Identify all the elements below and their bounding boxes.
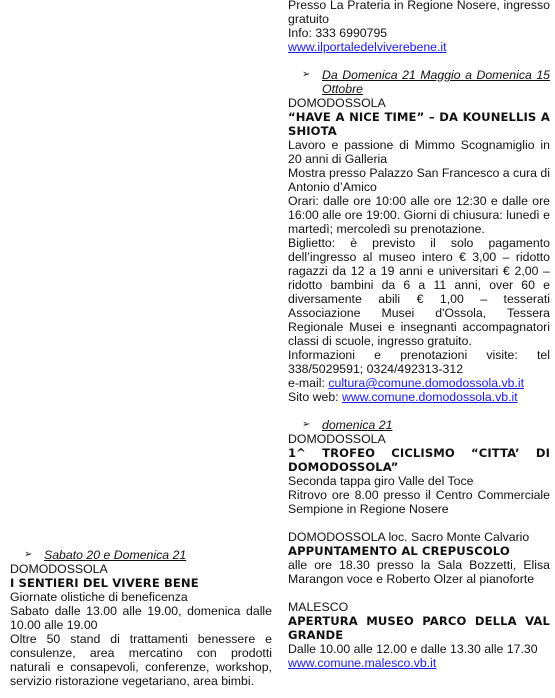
event-kounellis-date: ➢ Da Domenica 21 Maggio a Domenica 15 Ot…: [288, 68, 550, 96]
event-kounellis-info: Informazioni e prenotazioni visite: tel …: [288, 348, 550, 376]
event-ciclismo-line1: Seconda tappa giro Valle del Toce: [288, 474, 550, 488]
event-sentieri-title: I SENTIERI DEL VIVERE BENE: [10, 576, 272, 590]
event-ciclismo-title: 1^ TROFEO CICLISMO “CITTA’ DI DOMODOSSOL…: [288, 446, 550, 474]
right-column: Presso La Prateria in Regione Nosere, in…: [288, 0, 550, 670]
intro-location: Presso La Prateria in Regione Nosere, in…: [288, 0, 550, 26]
museo-link[interactable]: www.comune.malesco.vb.it: [288, 656, 436, 670]
intro-link[interactable]: www.ilportaledelviverebene.it: [288, 40, 447, 54]
event-crepuscolo-place: DOMODOSSOLA loc. Sacro Monte Calvario: [288, 530, 550, 544]
event-kounellis-title: “HAVE A NICE TIME” – DA KOUNELLIS A SHIO…: [288, 110, 550, 138]
website-link[interactable]: www.comune.domodossola.vb.it: [342, 390, 518, 404]
event-crepuscolo-title: APPUNTAMENTO AL CREPUSCOLO: [288, 544, 550, 558]
bullet-arrow-icon: ➢: [24, 548, 32, 562]
event-ciclismo-line2: Ritrovo ore 8.00 presso il Centro Commer…: [288, 488, 550, 516]
event-museo-title: APERTURA MUSEO PARCO DELLA VAL GRANDE: [288, 614, 550, 642]
event-sentieri-desc: Oltre 50 stand di trattamenti benessere …: [10, 632, 272, 688]
event-kounellis-subtitle: Lavoro e passione di Mimmo Scognamiglio …: [288, 138, 550, 166]
event-sentieri-place: DOMODOSSOLA: [10, 562, 272, 576]
bullet-arrow-icon: ➢: [302, 68, 310, 82]
event-crepuscolo-desc: alle ore 18.30 presso la Sala Bozzetti, …: [288, 558, 550, 586]
event-kounellis-hours: Orari: dalle ore 10:00 alle ore 12:30 e …: [288, 194, 550, 236]
event-ciclismo-place: DOMODOSSOLA: [288, 432, 550, 446]
event-museo-place: MALESCO: [288, 600, 550, 614]
event-kounellis-web-line: Sito web: www.comune.domodossola.vb.it: [288, 390, 550, 404]
event-museo-hours: Dalle 10.00 alle 12.00 e dalle 13.30 all…: [288, 642, 550, 656]
event-sentieri-line1: Giornate olistiche di beneficenza: [10, 590, 272, 604]
event-kounellis-place: DOMODOSSOLA: [288, 96, 550, 110]
left-column: ➢ Sabato 20 e Domenica 21 DOMODOSSOLA I …: [10, 548, 272, 688]
email-link[interactable]: cultura@comune.domodossola.vb.it: [328, 376, 524, 390]
event-kounellis-email-line: e-mail: cultura@comune.domodossola.vb.it: [288, 376, 550, 390]
event-sentieri-hours: Sabato dalle 13.00 alle 19.00, domenica …: [10, 604, 272, 632]
intro-info: Info: 333 6990795: [288, 26, 550, 40]
event-kounellis-curator: Mostra presso Palazzo San Francesco a cu…: [288, 166, 550, 194]
event-ciclismo-date: ➢ domenica 21: [288, 418, 550, 432]
bullet-arrow-icon: ➢: [302, 418, 310, 432]
event-kounellis-ticket: Biglietto: è previsto il solo pagamento …: [288, 236, 550, 348]
event-sentieri-date: ➢ Sabato 20 e Domenica 21: [10, 548, 272, 562]
